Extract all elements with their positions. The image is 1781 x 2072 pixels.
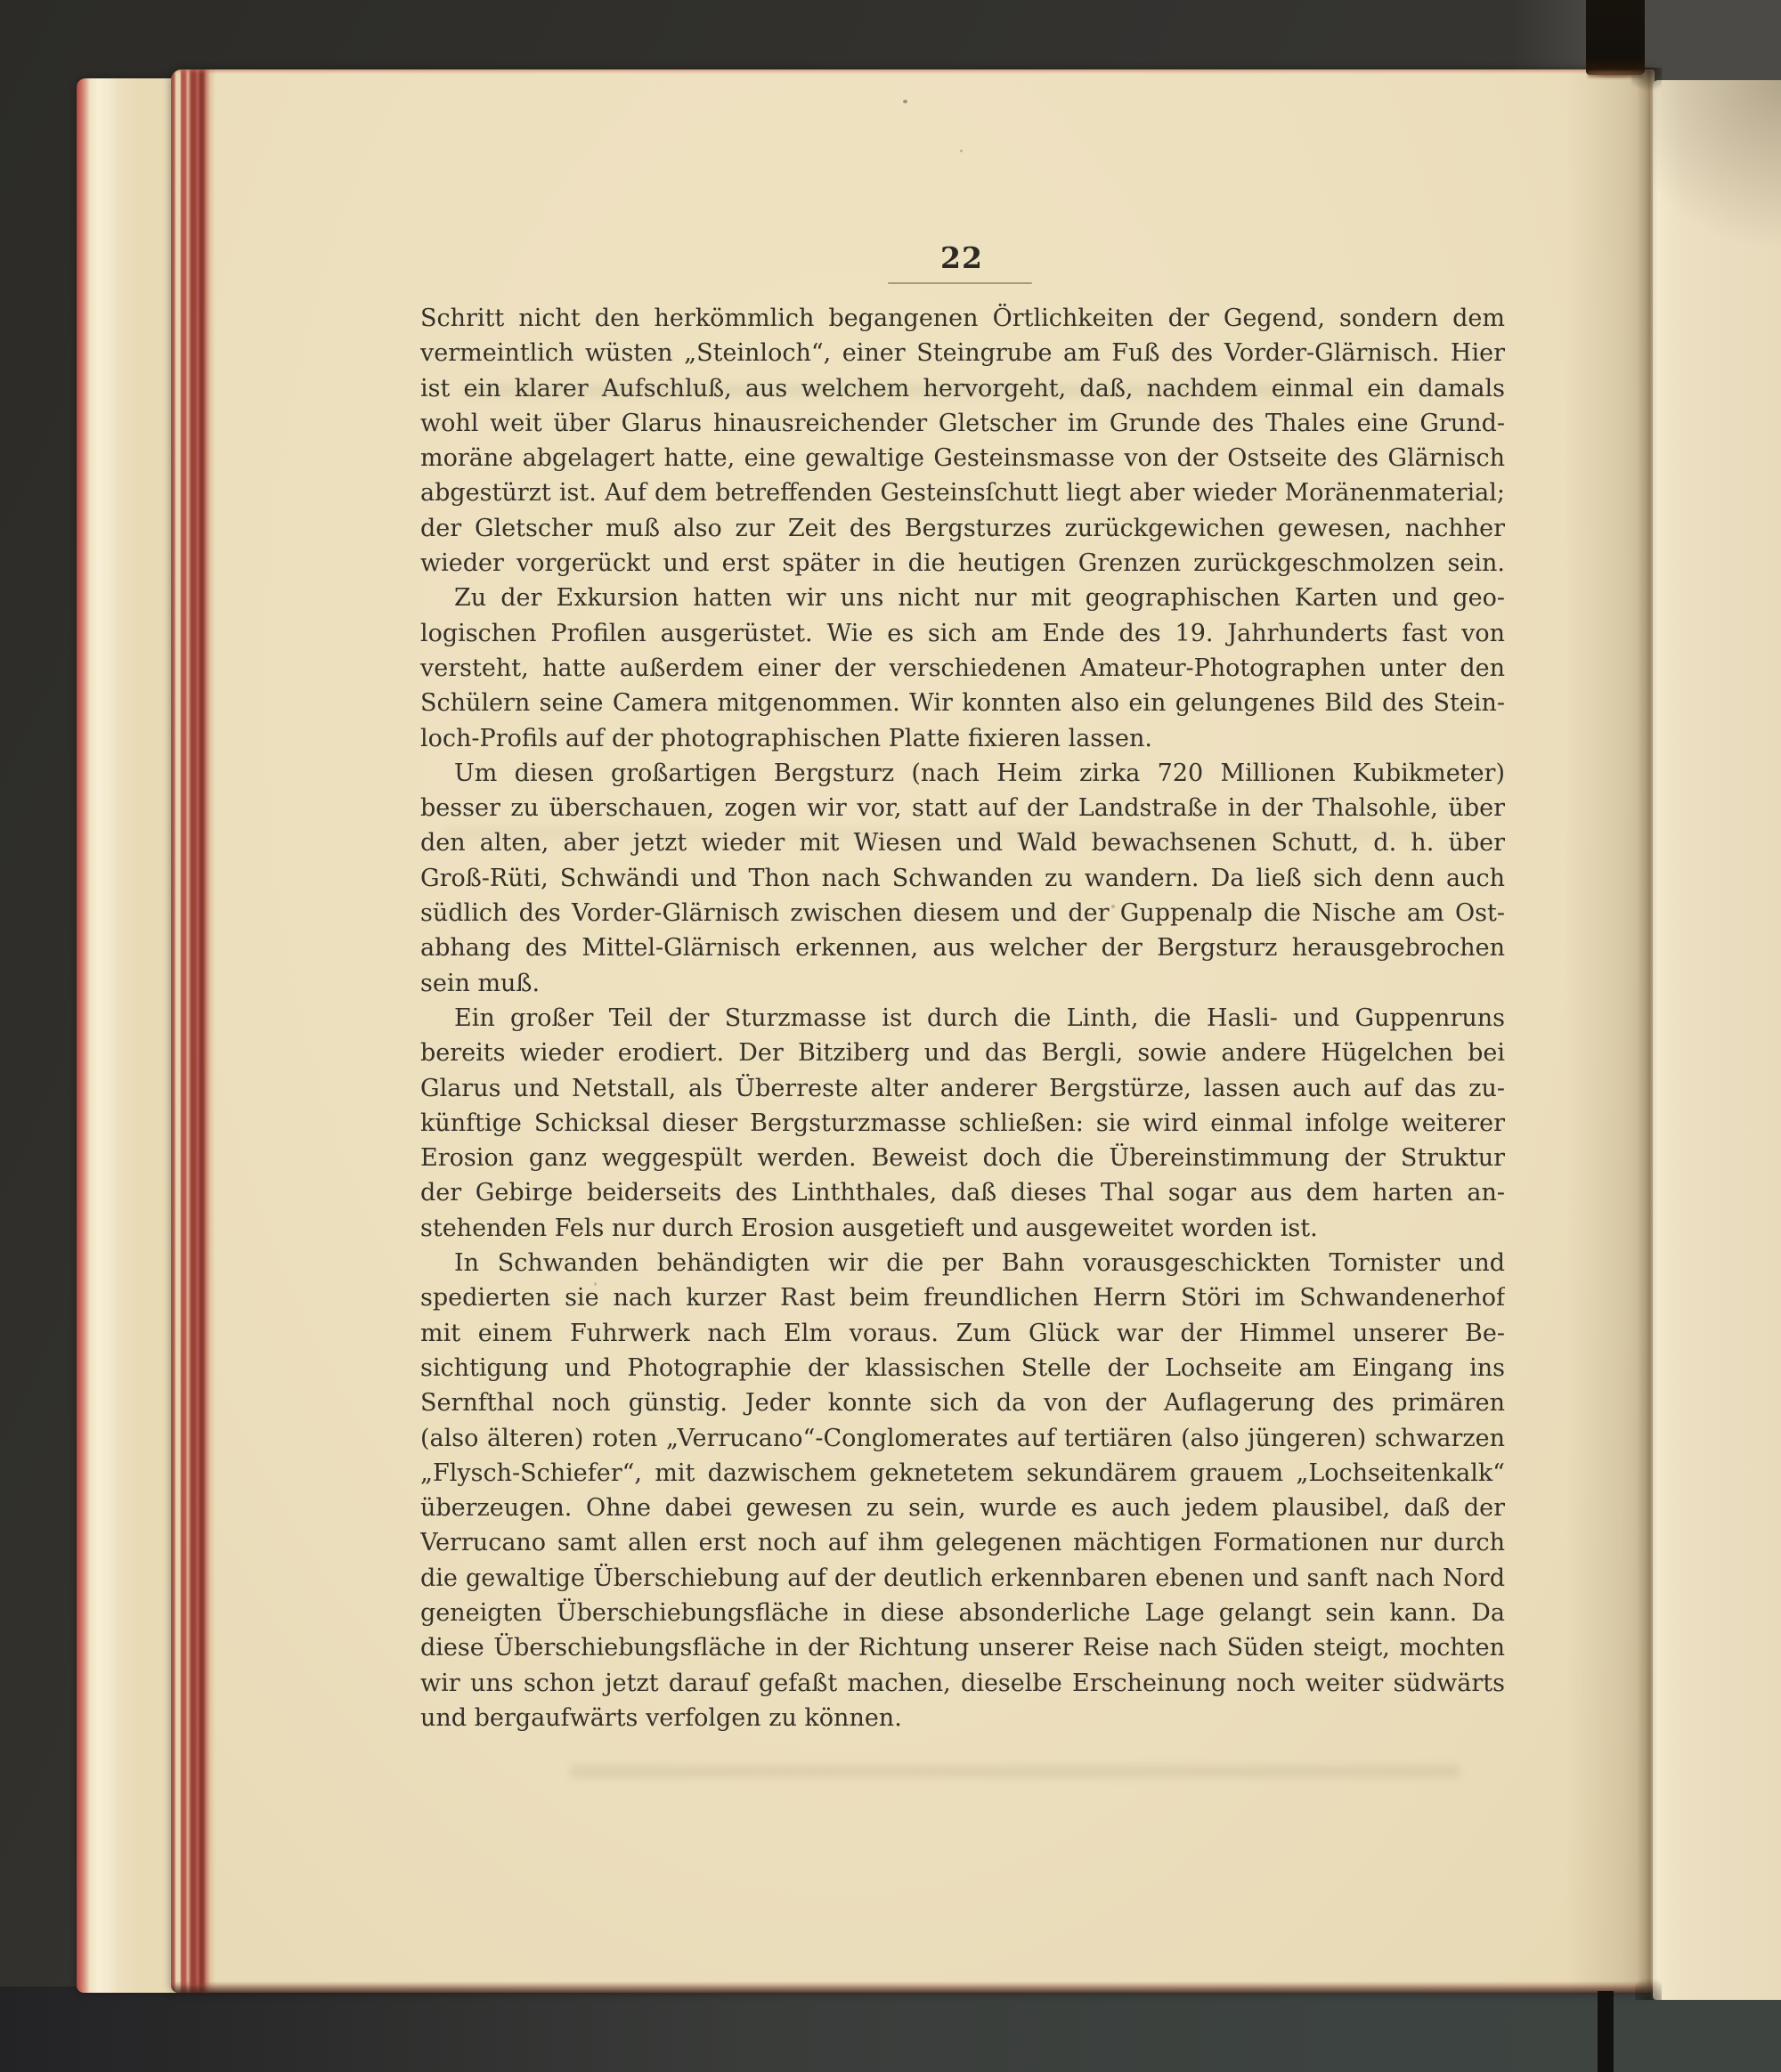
- text-line: Sernfthal noch günstig. Jeder konnte sic…: [420, 1385, 1505, 1420]
- text-line: moräne abgelagert hatte, eine gewaltige …: [420, 441, 1505, 475]
- text-line: Schülern seine Camera mitgenommen. Wir k…: [420, 686, 1505, 720]
- paper-speck: [594, 1282, 597, 1286]
- text-line: Groß-Rüti, Schwändi und Thon nach Schwan…: [420, 861, 1505, 896]
- text-line: wohl weit über Glarus hinausreichender G…: [420, 406, 1505, 441]
- text-line: sein muß.: [420, 966, 1505, 1001]
- text-line: den alten, aber jetzt wieder mit Wiesen …: [420, 825, 1505, 860]
- paper-speck: [960, 150, 963, 152]
- text-line: die gewaltige Überschiebung auf der deut…: [420, 1561, 1505, 1596]
- text-line: Glarus und Netstall, als Überreste alter…: [420, 1071, 1505, 1106]
- book-scan: 22 Schritt nicht den herkömmlich begange…: [0, 0, 1781, 2072]
- text-line: besser zu überschauen, zogen wir vor, st…: [420, 791, 1505, 825]
- text-line: In Schwanden behändigten wir die per Bah…: [420, 1246, 1505, 1280]
- page-gutter-shadow: [1637, 71, 1658, 1993]
- text-line: Um diesen großartigen Bergsturz (nach He…: [420, 756, 1505, 791]
- text-line: diese Überschiebungsfläche in der Richtu…: [420, 1630, 1505, 1665]
- text-line: abhang des Mittel-Glärnisch erkennen, au…: [420, 930, 1505, 965]
- background-shading: [0, 1987, 1781, 2072]
- ink-bleed-ghost: [570, 1765, 1460, 1778]
- text-line: Schritt nicht den herkömmlich begangenen…: [420, 301, 1505, 336]
- text-line: „Flysch-Schiefer“, mit dazwischem geknet…: [420, 1456, 1505, 1491]
- text-line: vermeintlich wüsten „Steinloch“, einer S…: [420, 336, 1505, 370]
- page-edge-stack: [77, 78, 176, 1993]
- ribbon-bookmark-icon: [1586, 0, 1645, 75]
- text-line: abgestürzt ist. Auf dem betreffenden Ges…: [420, 475, 1505, 510]
- text-line: logischen Profilen ausgerüstet. Wie es s…: [420, 616, 1505, 651]
- text-line: und bergaufwärts verfolgen zu können.: [420, 1701, 1505, 1735]
- text-line: der Gletscher muß also zur Zeit des Berg…: [420, 511, 1505, 546]
- text-line: spedierten sie nach kurzer Rast beim fre…: [420, 1280, 1505, 1315]
- text-line: sichtigung und Photographie der klassisc…: [420, 1351, 1505, 1385]
- page-number-rule: [888, 282, 1032, 284]
- text-line: geneigten Überschiebungsfläche in diese …: [420, 1596, 1505, 1630]
- page-text: Schritt nicht den herkömmlich begangenen…: [420, 301, 1505, 1735]
- text-line: versteht, hatte außerdem einer der versc…: [420, 651, 1505, 686]
- text-line: Ein großer Teil der Sturzmasse ist durch…: [420, 1001, 1505, 1036]
- text-line: der Gebirge beiderseits des Linththales,…: [420, 1175, 1505, 1210]
- text-line: ist ein klarer Aufschluß, aus welchem he…: [420, 371, 1505, 406]
- text-line: künftige Schicksal dieser Bergsturzmasse…: [420, 1106, 1505, 1141]
- text-line: südlich des Vorder-Glärnisch zwischen di…: [420, 896, 1505, 930]
- text-line: mit einem Fuhrwerk nach Elm voraus. Zum …: [420, 1316, 1505, 1351]
- text-line: bereits wieder erodiert. Der Bitziberg u…: [420, 1036, 1505, 1070]
- text-line: überzeugen. Ohne dabei gewesen zu sein, …: [420, 1491, 1505, 1525]
- ribbon-bookmark-tail: [1598, 1991, 1614, 2072]
- paper-speck: [903, 100, 907, 103]
- text-line: loch-Profils auf der photographischen Pl…: [420, 721, 1505, 756]
- text-line: wieder vorgerückt und erst später in die…: [420, 546, 1505, 581]
- text-line: Verrucano samt allen erst noch auf ihm g…: [420, 1525, 1505, 1560]
- page-number: 22: [895, 242, 1029, 274]
- page-gutter-shadow: [1635, 1973, 1662, 2000]
- text-line: stehenden Fels nur durch Erosion ausgeti…: [420, 1211, 1505, 1246]
- text-line: (also älteren) roten „Verrucano“-Conglom…: [420, 1421, 1505, 1456]
- text-line: Zu der Exkursion hatten wir uns nicht nu…: [420, 581, 1505, 615]
- next-page-edge: [1653, 80, 1781, 2000]
- text-line: Erosion ganz weggespült werden. Beweist …: [420, 1141, 1505, 1175]
- paper-speck: [1111, 905, 1115, 908]
- text-line: wir uns schon jetzt darauf gefaßt machen…: [420, 1666, 1505, 1701]
